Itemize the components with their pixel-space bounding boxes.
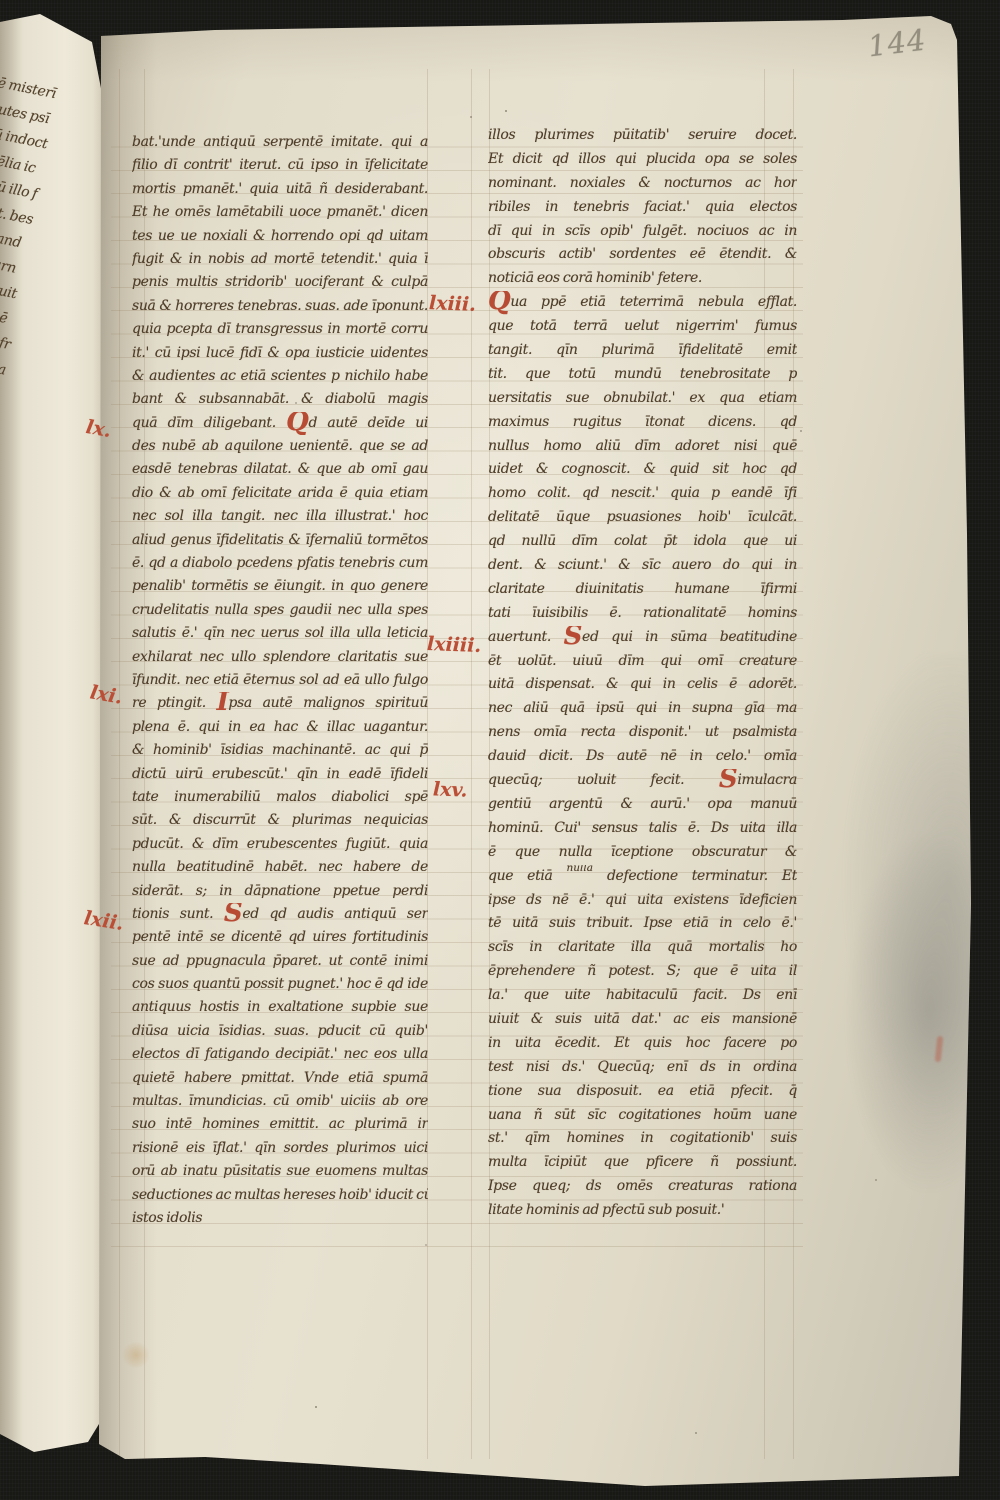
chapter-number-lx: lx. bbox=[84, 416, 113, 442]
chapter-number-lxiii: lxiii. bbox=[429, 292, 477, 316]
ruling-vertical bbox=[119, 69, 120, 1459]
manuscript-photo: tendo qīn idē misterīertitū cū uirtutes … bbox=[0, 0, 1000, 1500]
text-column-left: bat.'unde antiquū serpentē imitate. qui … bbox=[132, 131, 428, 1230]
ruling-vertical bbox=[471, 69, 472, 1459]
chapter-number-lxiiii: lxiiii. bbox=[427, 633, 482, 657]
parchment-specks bbox=[85, 14, 87, 16]
folio-number: 144 bbox=[866, 23, 928, 64]
text-column-right: illos plurimes pūitatib' seruire docet.E… bbox=[488, 124, 797, 1223]
chapter-number-lxv: lxv. bbox=[433, 778, 468, 801]
manuscript-page: bat.'unde antiquū serpentē imitate. qui … bbox=[85, 14, 975, 1489]
page-top-shading bbox=[85, 14, 975, 104]
red-smudge bbox=[935, 1036, 944, 1062]
parchment-stain bbox=[121, 1342, 151, 1368]
